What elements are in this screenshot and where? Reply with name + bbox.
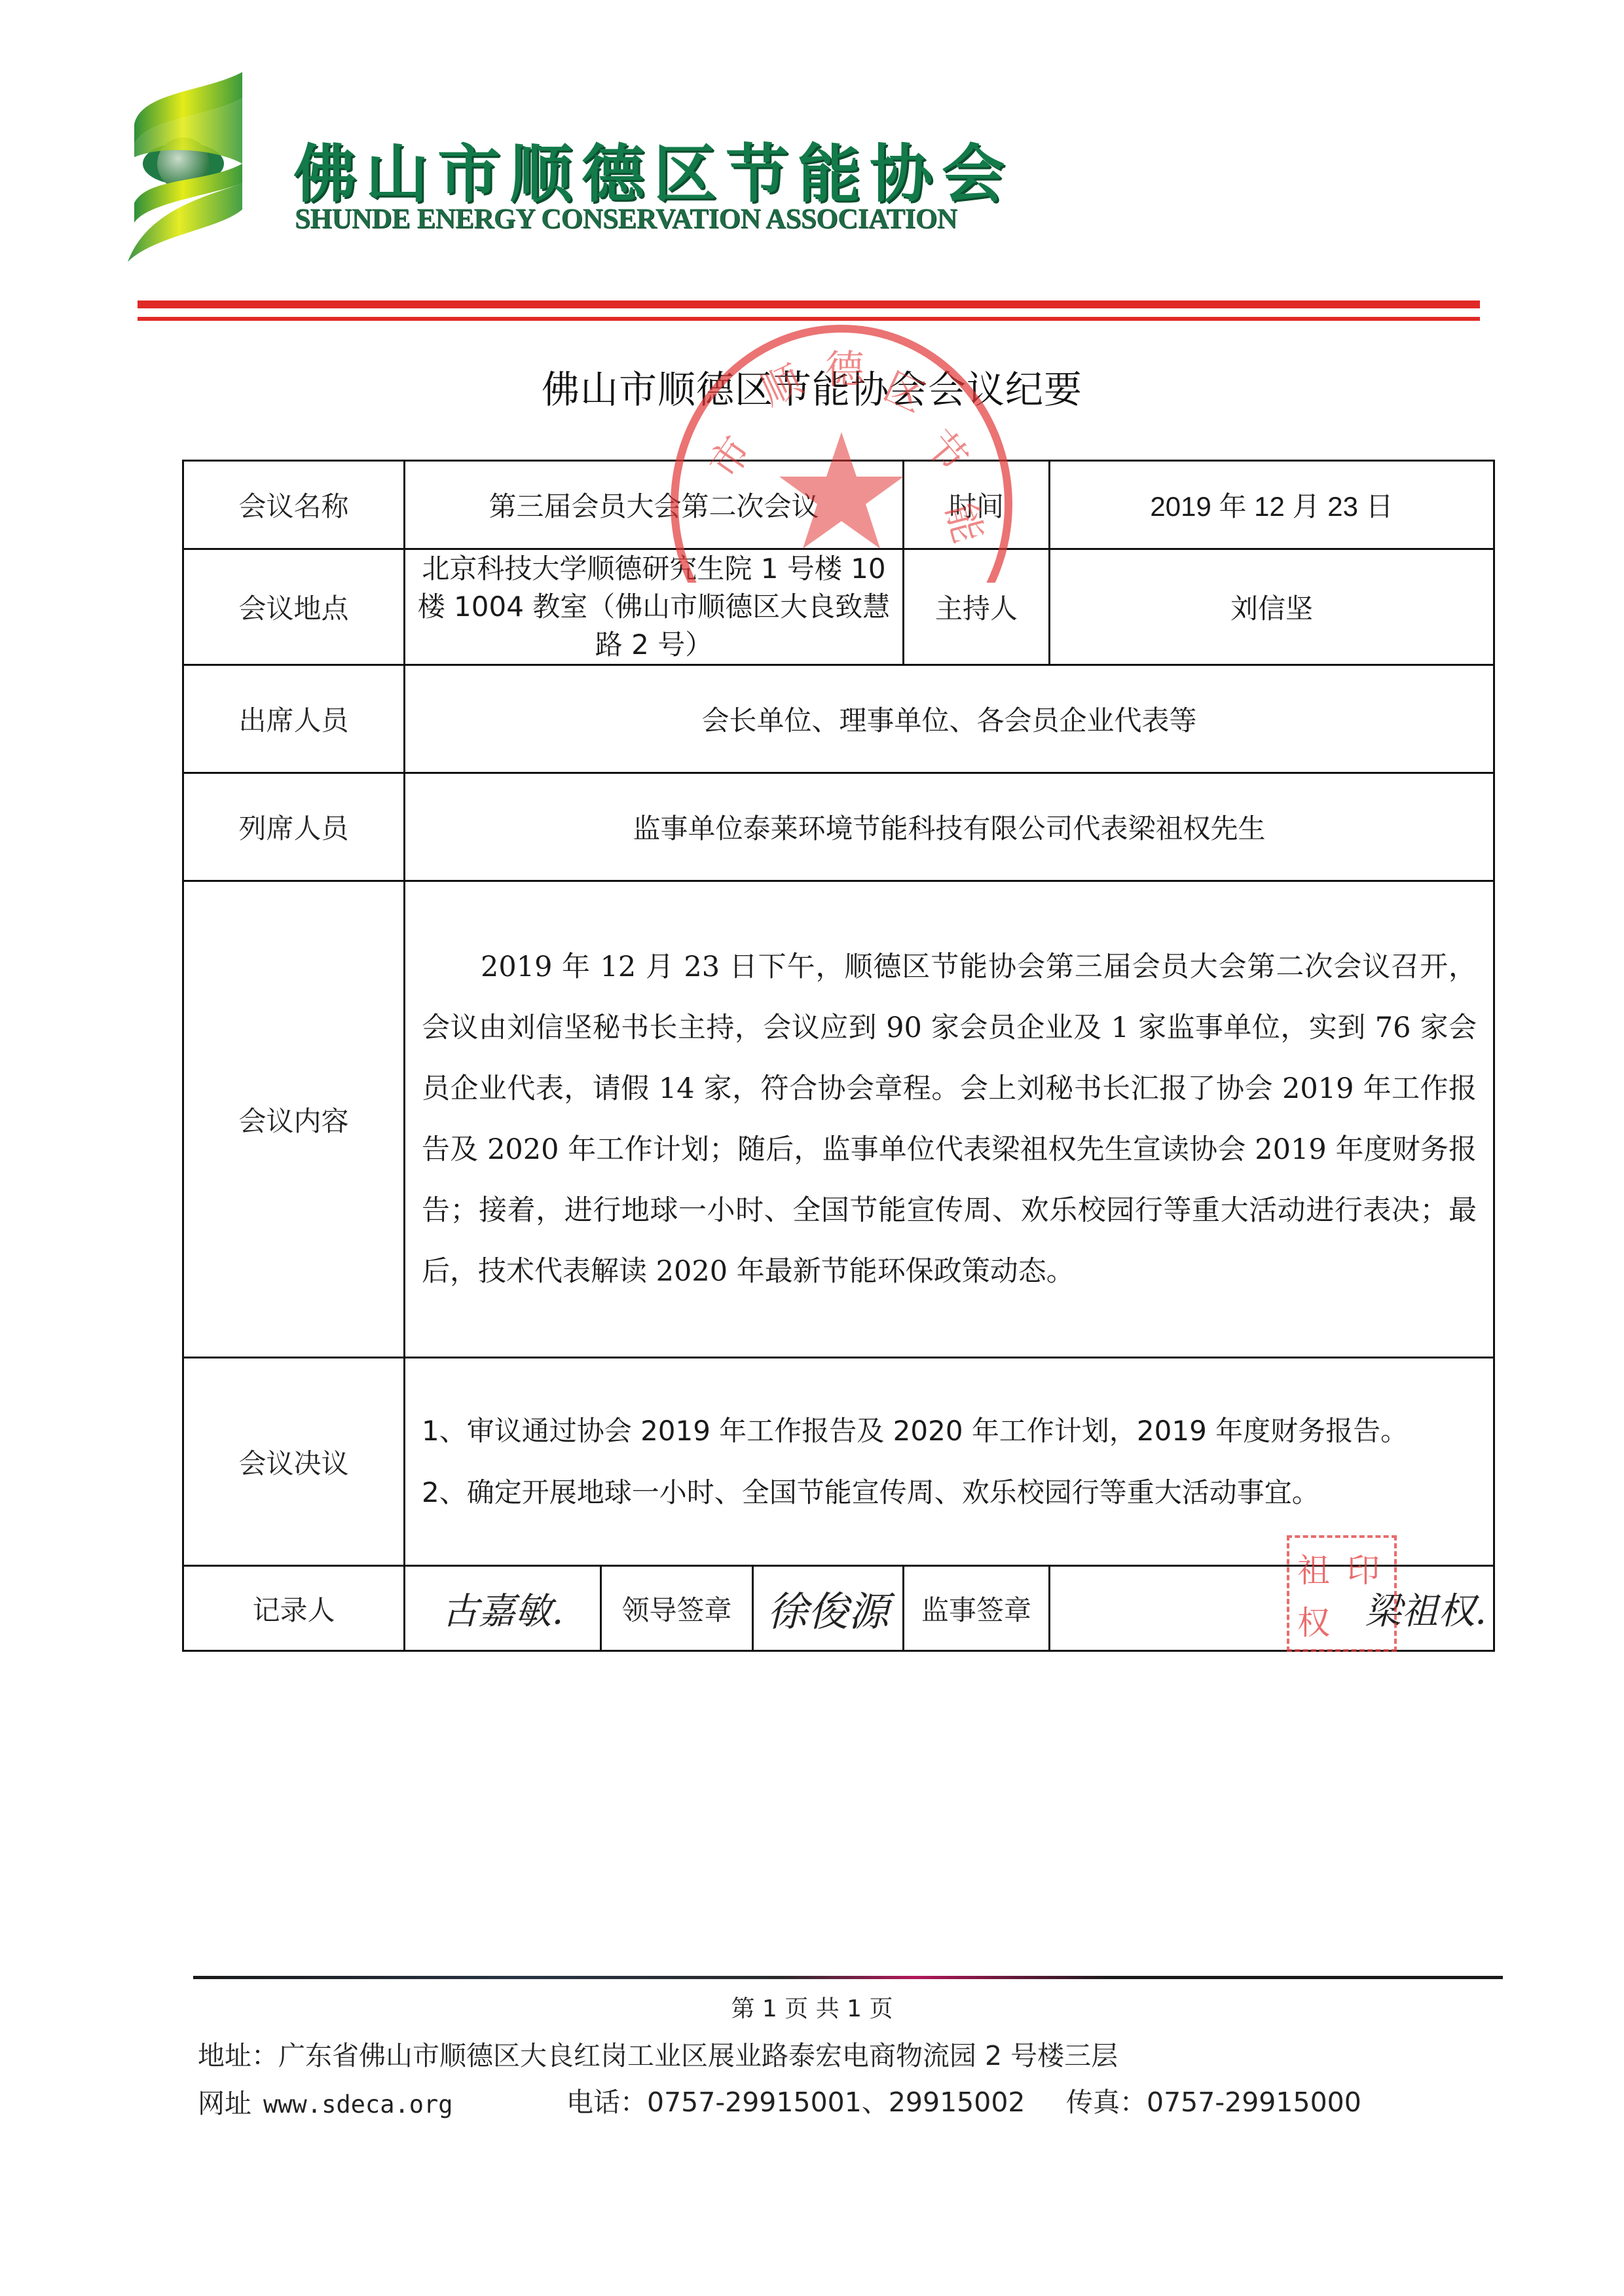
host-value: 刘信坚 xyxy=(1050,549,1494,665)
header-divider-thick xyxy=(138,301,1480,308)
observers-label: 列席人员 xyxy=(183,773,405,881)
resolutions-label: 会议决议 xyxy=(183,1358,405,1566)
footer-fax: 传真：0757-29915000 xyxy=(1066,2081,1361,2119)
row-attendees: 出席人员 会长单位、理事单位、各会员企业代表等 xyxy=(183,665,1494,773)
round-red-official-seal-icon: 市 顺 德 区 节 能 xyxy=(658,314,1025,583)
content-cell: 2019 年 12 月 23 日下午，顺德区节能协会第三届会员大会第二次会议召开… xyxy=(405,881,1494,1358)
row-observers: 列席人员 监事单位泰莱环境节能科技有限公司代表梁祖权先生 xyxy=(183,773,1494,881)
resolution-item-2: 2、确定开展地球一小时、全国节能宣传周、欢乐校园行等重大活动事宜。 xyxy=(405,1462,1493,1523)
organization-name-cn: 佛山市顺德区节能协会 xyxy=(293,124,1014,214)
svg-text:德: 德 xyxy=(825,347,866,393)
attendees-value: 会长单位、理事单位、各会员企业代表等 xyxy=(405,665,1494,773)
svg-text:顺: 顺 xyxy=(754,356,811,415)
leader-sign-label: 领导签章 xyxy=(601,1566,753,1651)
page-indicator: 第 1 页 共 1 页 xyxy=(0,1990,1624,2024)
location-label: 会议地点 xyxy=(183,549,405,665)
observers-value: 监事单位泰莱环境节能科技有限公司代表梁祖权先生 xyxy=(405,773,1494,881)
website-link[interactable]: www.sdeca.org xyxy=(263,2090,453,2119)
resolution-item-1: 1、审议通过协会 2019 年工作报告及 2020 年工作计划，2019 年度财… xyxy=(405,1400,1493,1462)
time-value: 2019 年 12 月 23 日 xyxy=(1050,461,1494,549)
organization-name-en: SHUNDE ENERGY CONSERVATION ASSOCIATION xyxy=(295,203,957,235)
footer-divider xyxy=(193,1976,1503,1979)
meeting-name-label: 会议名称 xyxy=(183,461,405,549)
svg-text:节: 节 xyxy=(916,422,976,482)
resolutions-cell: 1、审议通过协会 2019 年工作报告及 2020 年工作计划，2019 年度财… xyxy=(405,1358,1494,1566)
recorder-label: 记录人 xyxy=(183,1566,405,1651)
recorder-signature: 古嘉敏. xyxy=(405,1566,601,1651)
content-text: 2019 年 12 月 23 日下午，顺德区节能协会第三届会员大会第二次会议召开… xyxy=(422,951,1477,1288)
footer-website: 网址www.sdeca.org xyxy=(198,2082,453,2121)
supervisor-sign-label: 监事签章 xyxy=(904,1566,1050,1651)
website-label: 网址 xyxy=(198,2088,251,2119)
svg-text:市: 市 xyxy=(701,428,761,486)
leader-signature: 徐俊源 xyxy=(753,1566,904,1651)
footer-phone: 电话：0757-29915001、29915002 xyxy=(566,2081,1025,2119)
square-red-personal-seal-icon: 祖 印 权 xyxy=(1287,1535,1397,1652)
svg-text:区: 区 xyxy=(877,363,932,422)
attendees-label: 出席人员 xyxy=(183,665,405,773)
supervisor-signature: 梁祖权. xyxy=(1050,1566,1494,1651)
content-label: 会议内容 xyxy=(183,881,405,1358)
meeting-minutes-table: 会议名称 第三届会员大会第二次会议 时间 2019 年 12 月 23 日 会议… xyxy=(182,460,1495,1652)
row-resolutions: 会议决议 1、审议通过协会 2019 年工作报告及 2020 年工作计划，201… xyxy=(183,1358,1494,1566)
row-content: 会议内容 2019 年 12 月 23 日下午，顺德区节能协会第三届会员大会第二… xyxy=(183,881,1494,1358)
svg-text:能: 能 xyxy=(937,498,991,548)
content-paragraph: 2019 年 12 月 23 日下午，顺德区节能协会第三届会员大会第二次会议召开… xyxy=(405,937,1493,1302)
association-logo-icon xyxy=(128,72,246,262)
footer-address: 地址：广东省佛山市顺德区大良红岗工业区展业路泰宏电商物流园 2 号楼三层 xyxy=(198,2034,1118,2073)
